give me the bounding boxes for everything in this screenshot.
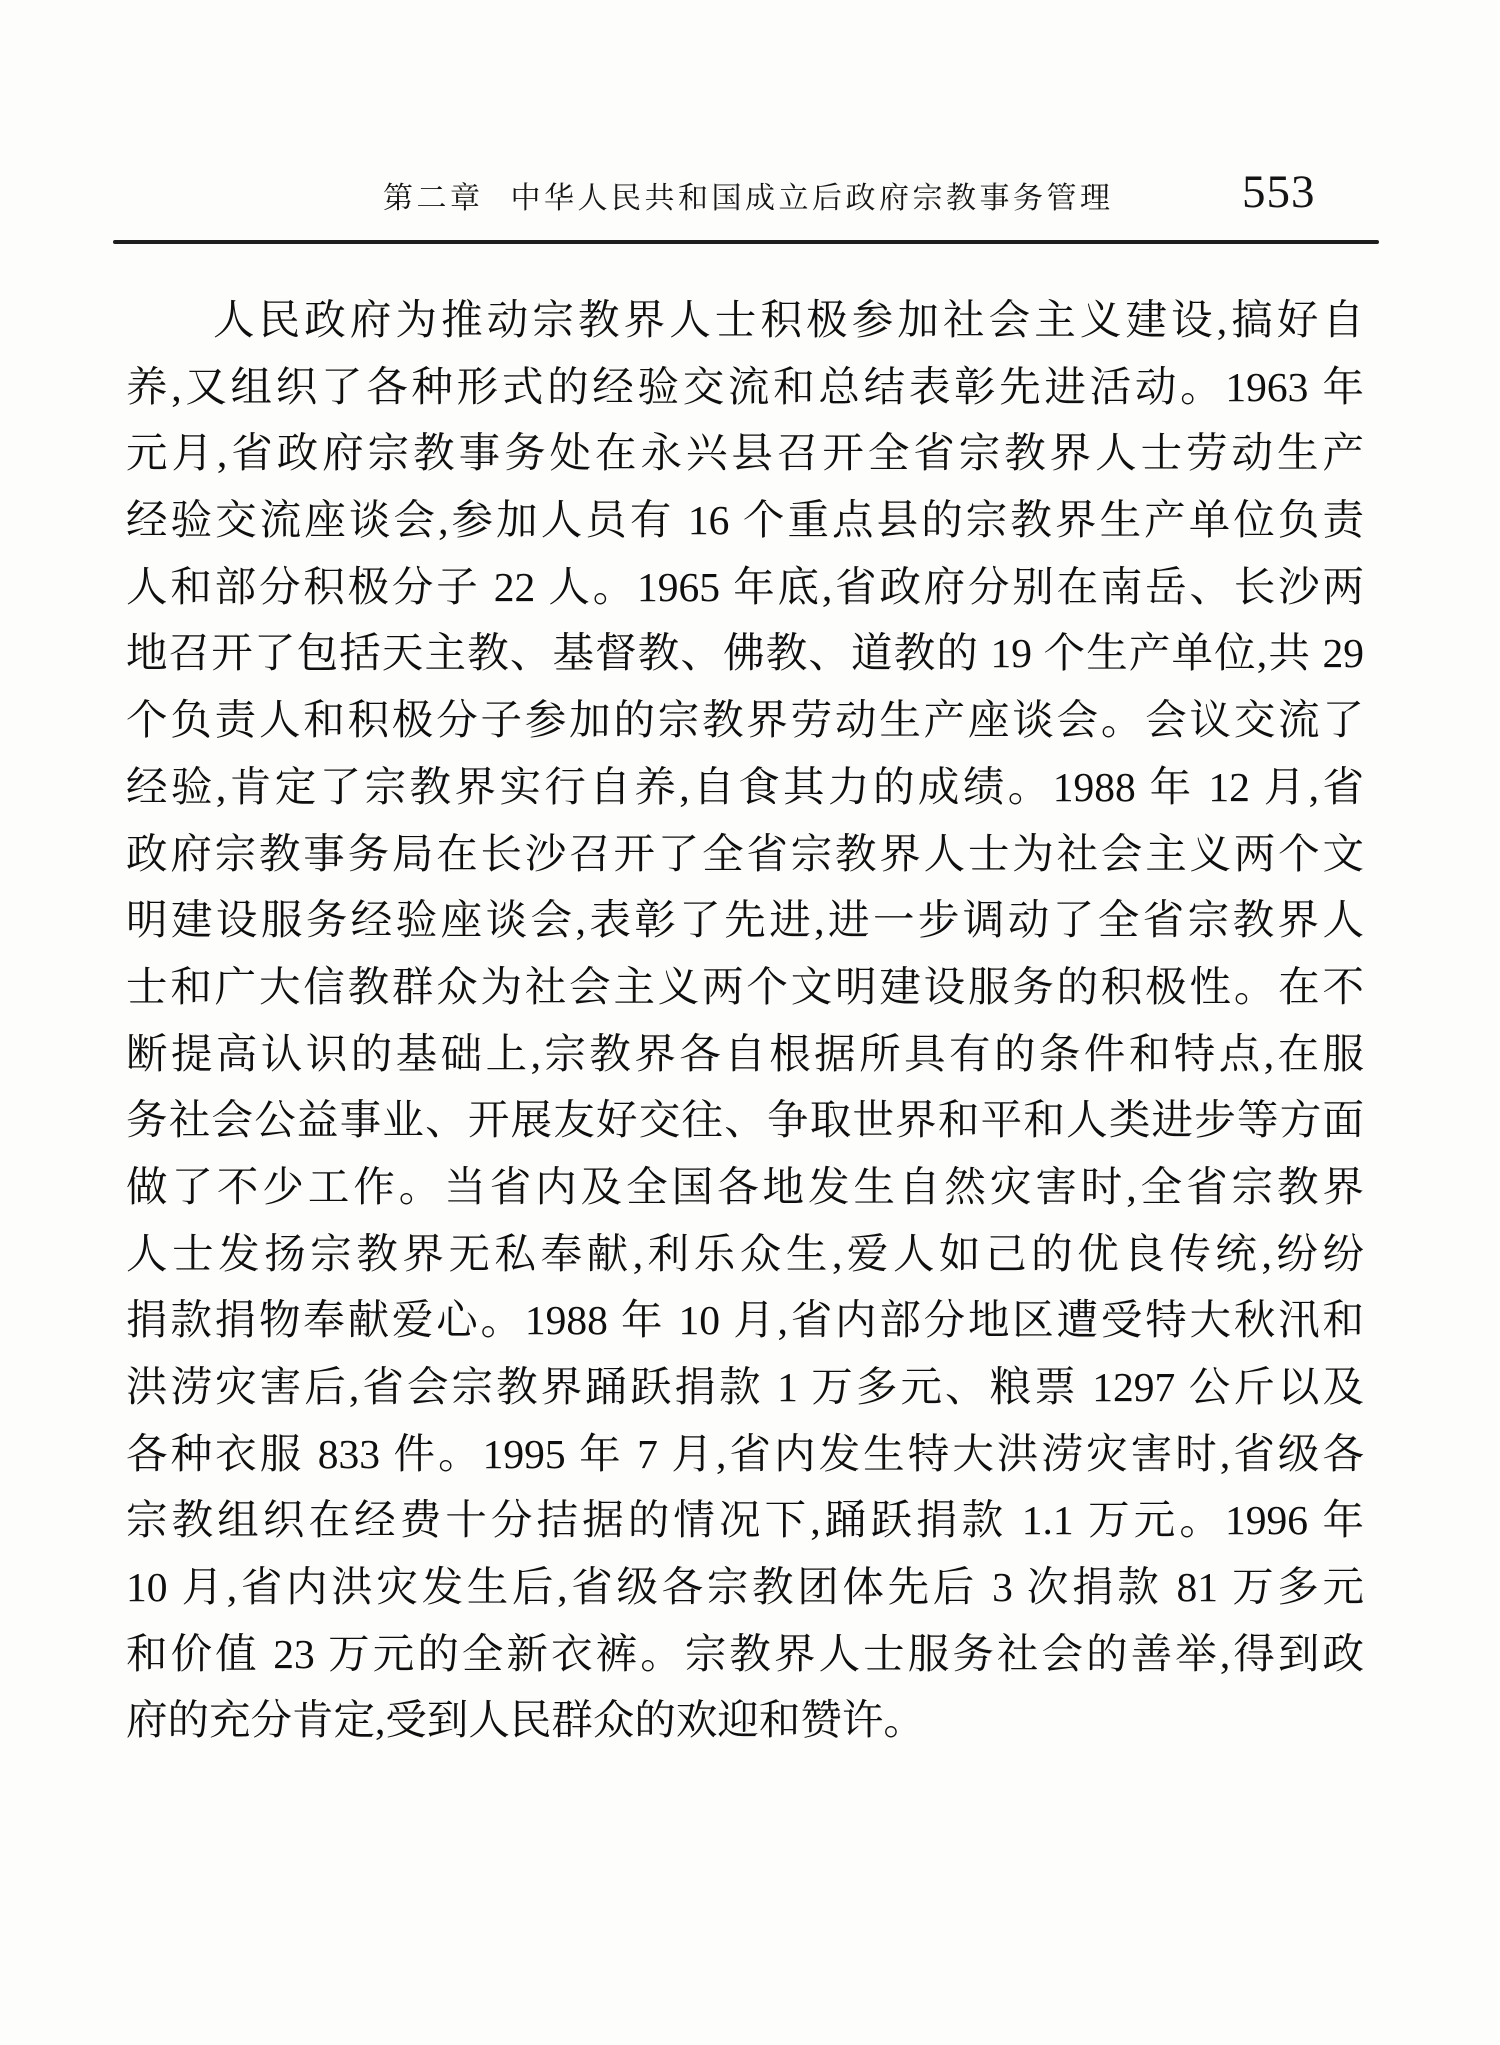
paragraph-line: 明建设服务经验座谈会,表彰了先进,进一步调动了全省宗教界人 — [126, 887, 1364, 954]
paragraph-line: 10 月,省内洪灾发生后,省级各宗教团体先后 3 次捐款 81 万多元 — [126, 1554, 1364, 1621]
chapter-label: 第二章 — [383, 182, 484, 215]
running-header: 第二章中华人民共和国成立后政府宗教事务管理 — [383, 181, 1114, 217]
paragraph-line: 断提高认识的基础上,宗教界各自根据所具有的条件和特点,在服 — [126, 1021, 1364, 1088]
paragraph-line: 府的充分肯定,受到人民群众的欢迎和赞许。 — [126, 1687, 1364, 1754]
paragraph-line: 地召开了包括天主教、基督教、佛教、道教的 19 个生产单位,共 29 — [126, 620, 1364, 687]
paragraph-line: 务社会公益事业、开展友好交往、争取世界和平和人类进步等方面 — [126, 1087, 1364, 1154]
paragraph-line: 养,又组织了各种形式的经验交流和总结表彰先进活动。1963 年 — [126, 354, 1364, 421]
paragraph-line: 人和部分积极分子 22 人。1965 年底,省政府分别在南岳、长沙两 — [126, 554, 1364, 621]
paragraph-line: 政府宗教事务局在长沙召开了全省宗教界人士为社会主义两个文 — [126, 821, 1364, 888]
paragraph-line: 洪涝灾害后,省会宗教界踊跃捐款 1 万多元、粮票 1297 公斤以及 — [126, 1354, 1364, 1421]
paragraph-line: 做了不少工作。当省内及全国各地发生自然灾害时,全省宗教界 — [126, 1154, 1364, 1221]
paragraph-line: 经验交流座谈会,参加人员有 16 个重点县的宗教界生产单位负责 — [126, 487, 1364, 554]
paragraph-line: 人士发扬宗教界无私奉献,利乐众生,爱人如己的优良传统,纷纷 — [126, 1221, 1364, 1288]
chapter-title: 中华人民共和国成立后政府宗教事务管理 — [511, 182, 1114, 215]
paragraph-line: 宗教组织在经费十分拮据的情况下,踊跃捐款 1.1 万元。1996 年 — [126, 1487, 1364, 1554]
paragraph-line: 人民政府为推动宗教界人士积极参加社会主义建设,搞好自 — [126, 287, 1364, 354]
paragraph-line: 元月,省政府宗教事务处在永兴县召开全省宗教界人士劳动生产 — [126, 420, 1364, 487]
paragraph-line: 捐款捐物奉献爱心。1988 年 10 月,省内部分地区遭受特大秋汛和 — [126, 1287, 1364, 1354]
paragraph-line: 各种衣服 833 件。1995 年 7 月,省内发生特大洪涝灾害时,省级各 — [126, 1421, 1364, 1488]
paragraph-line: 和价值 23 万元的全新衣裤。宗教界人士服务社会的善举,得到政 — [126, 1621, 1364, 1688]
paragraph-line: 经验,肯定了宗教界实行自养,自食其力的成绩。1988 年 12 月,省 — [126, 754, 1364, 821]
body-paragraph: 人民政府为推动宗教界人士积极参加社会主义建设,搞好自养,又组织了各种形式的经验交… — [126, 287, 1364, 1754]
header-rule — [113, 240, 1379, 244]
paragraph-line: 士和广大信教群众为社会主义两个文明建设服务的积极性。在不 — [126, 954, 1364, 1021]
page-number: 553 — [1242, 166, 1316, 218]
scanned-book-page: 第二章中华人民共和国成立后政府宗教事务管理 553 人民政府为推动宗教界人士积极… — [0, 0, 1500, 2045]
paragraph-line: 个负责人和积极分子参加的宗教界劳动生产座谈会。会议交流了 — [126, 687, 1364, 754]
